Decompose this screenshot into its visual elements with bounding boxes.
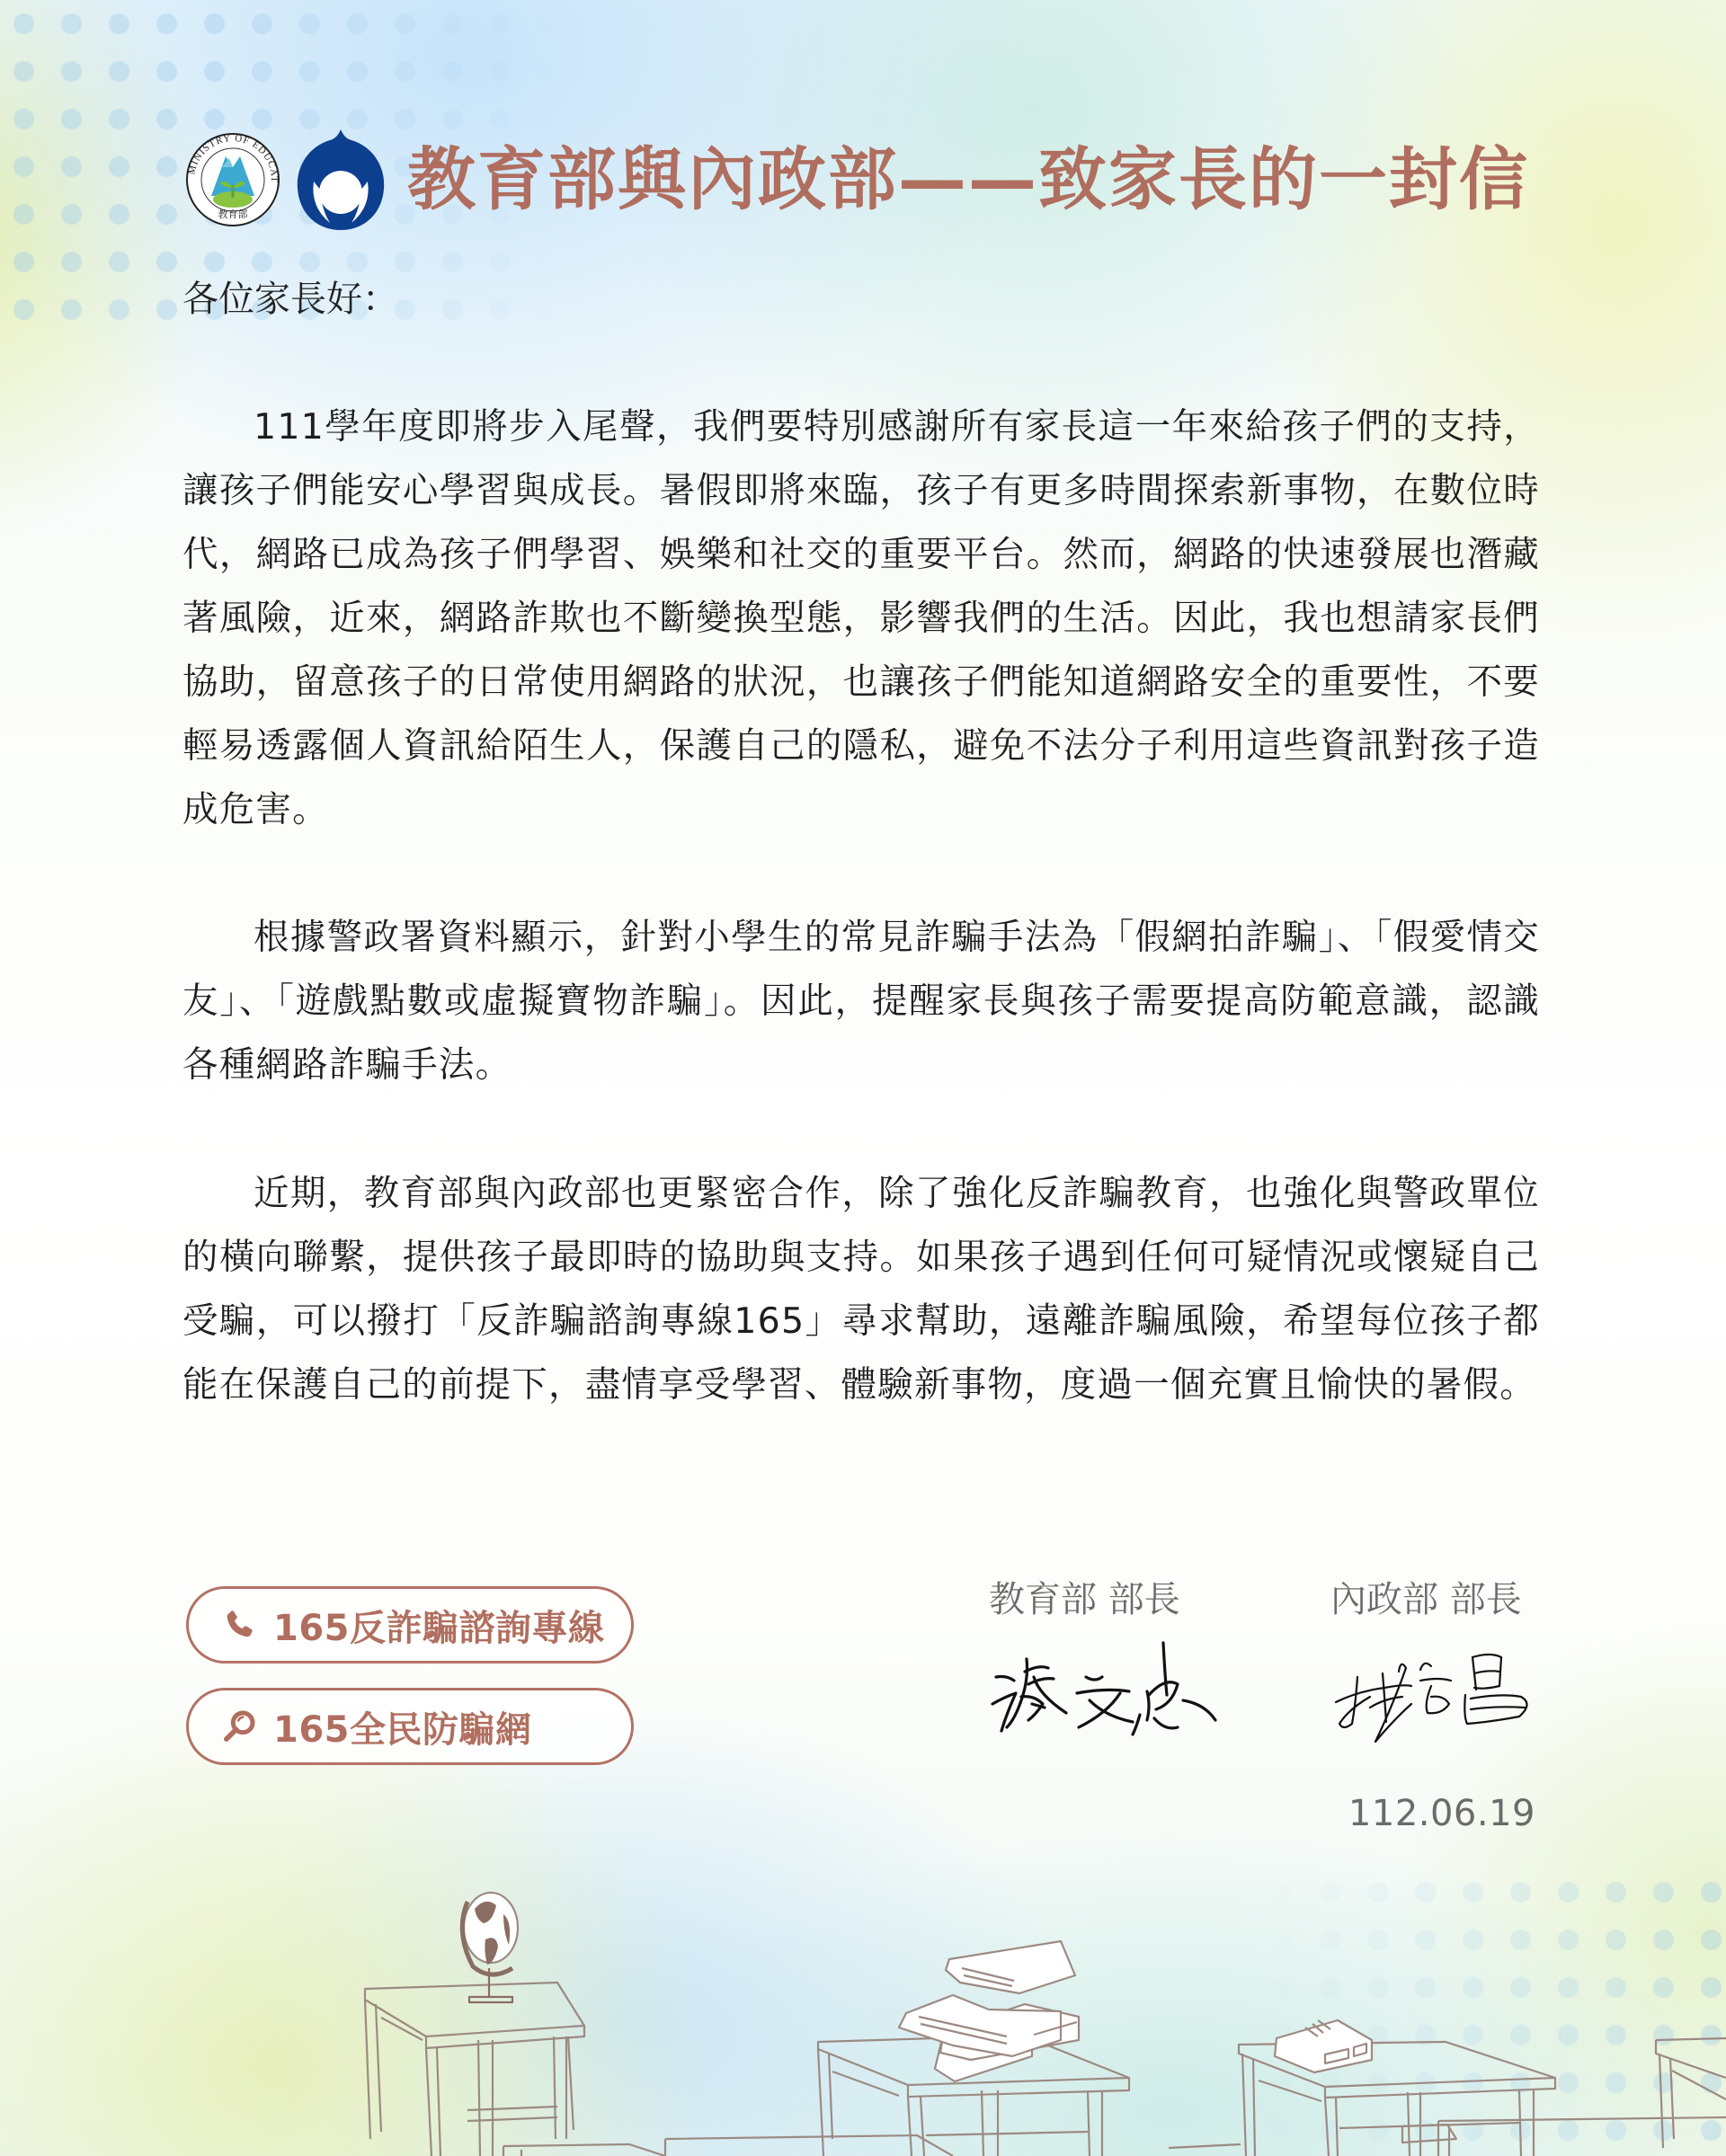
letter-paragraph: 根據警政署資料顯示，針對小學生的常見詐騙手法為「假網拍詐騙」、「假愛情交友」、「…: [182, 906, 1540, 1097]
signature-moi-minister: 內政部 部長: [1330, 1575, 1546, 1752]
page-title: 教育部與內政部——致家長的一封信: [407, 146, 1529, 214]
signatory-title: 教育部 部長: [989, 1575, 1232, 1625]
books-icon: [899, 1941, 1079, 2081]
book-icon: [1275, 2020, 1372, 2072]
ministry-of-interior-logo-icon: [294, 128, 387, 232]
letter-date: 112.06.19: [1348, 1793, 1535, 1834]
letter-paragraph: 111學年度即將步入尾聲，我們要特別感謝所有家長這一年來給孩子們的支持，讓孩子們…: [182, 395, 1540, 842]
ministry-of-education-logo-icon: MINISTRY OF EDUCATION 教育部: [184, 131, 281, 228]
classroom-desks-illustration: [0, 1869, 1726, 2156]
svg-text:教育部: 教育部: [218, 208, 248, 220]
desk-icon: [1656, 2038, 1726, 2148]
button-label: 165全民防騙網: [273, 1701, 532, 1752]
signature-moe-minister: 教育部 部長: [989, 1575, 1232, 1743]
letter-header: MINISTRY OF EDUCATION 教育部 教育部與內政部——致家長的一…: [184, 128, 1529, 232]
desk-icon: [365, 1983, 584, 2156]
greeting: 各位家長好：: [182, 274, 398, 324]
anti-fraud-website-165-button[interactable]: 165全民防騙網: [186, 1688, 634, 1765]
handwritten-signature-icon: [989, 1641, 1232, 1740]
anti-fraud-hotline-165-button[interactable]: 165反詐騙諮詢專線: [186, 1586, 634, 1664]
search-icon: [221, 1708, 257, 1744]
handwritten-signature-icon: [1330, 1641, 1546, 1749]
button-label: 165反詐騙諮詢專線: [273, 1600, 605, 1651]
phone-icon: [221, 1607, 257, 1643]
letter-paragraph: 近期，教育部與內政部也更緊密合作，除了強化反詐騙教育，也強化與警政單位的橫向聯繫…: [182, 1162, 1540, 1417]
signatory-title: 內政部 部長: [1330, 1575, 1546, 1625]
